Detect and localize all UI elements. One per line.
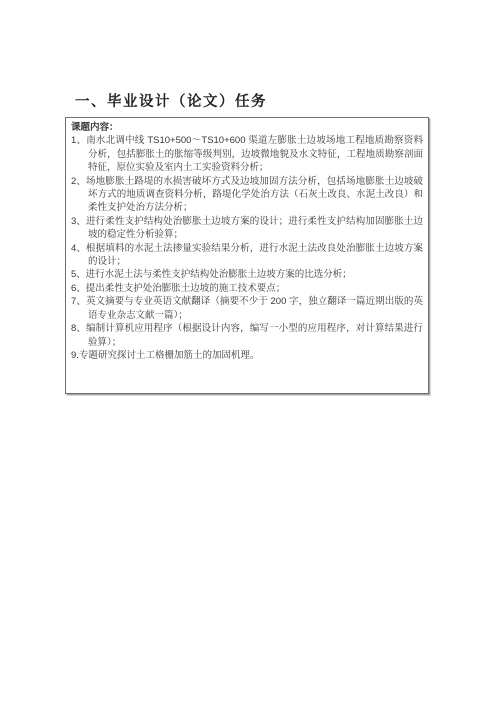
task-item-number: 4、 (71, 243, 86, 254)
task-item-text: 根据填料的水泥土法掺量实验结果分析，进行水泥土法改良处治膨胀土边坡方案的设计； (86, 243, 423, 267)
task-item-number: 8、 (71, 323, 86, 334)
task-item-8: 8、编制计算机应用程序（根据设计内容，编写一小型的应用程序，对计算结果进行验算）… (71, 322, 423, 349)
task-item-text: 专题研究探讨土工格栅加筋土的加固机理。 (79, 350, 260, 361)
task-item-5: 5、进行水泥土法与柔性支护结构处治膨胀土边坡方案的比选分析； (71, 268, 423, 281)
task-item-2: 2、场地膨胀土路堤的水损害破坏方式及边坡加固方法分析，包括场地膨胀土边坡破坏方式… (71, 175, 423, 215)
task-item-6: 6、提出柔性支护处治膨胀土边坡的施工技术要点； (71, 282, 423, 295)
section-title: 一、毕业设计（论文）任务 (75, 90, 267, 111)
task-item-text: 英文摘要与专业英语文献翻译（摘要不少于 200 字，独立翻译一篇近期出版的英语专… (86, 296, 423, 320)
task-content-box: 课题内容： 1、南水北调中线 TS10+500～TS10+600 渠道左膨胀土边… (65, 117, 429, 394)
task-item-9: 9.专题研究探讨土工格栅加筋土的加固机理。 (71, 349, 423, 362)
task-item-number: 2、 (71, 176, 86, 187)
task-item-text: 提出柔性支护处治膨胀土边坡的施工技术要点； (86, 283, 286, 294)
task-item-number: 9. (71, 350, 79, 361)
task-item-number: 3、 (71, 216, 86, 227)
task-item-3: 3、进行柔性支护结构处治膨胀土边坡方案的设计；进行柔性支护结构加固膨胀土边坡的稳… (71, 215, 423, 242)
task-item-7: 7、英文摘要与专业英语文献翻译（摘要不少于 200 字，独立翻译一篇近期出版的英… (71, 295, 423, 322)
task-item-text: 场地膨胀土路堤的水损害破坏方式及边坡加固方法分析，包括场地膨胀土边坡破坏方式的地… (86, 176, 423, 214)
task-item-text: 进行水泥土法与柔性支护结构处治膨胀土边坡方案的比选分析； (86, 269, 352, 280)
task-item-number: 7、 (71, 296, 86, 307)
task-item-1: 1、南水北调中线 TS10+500～TS10+600 渠道左膨胀土边坡场地工程地… (71, 134, 423, 174)
task-item-text: 南水北调中线 TS10+500～TS10+600 渠道左膨胀土边坡场地工程地质勘… (86, 135, 423, 173)
task-item-number: 6、 (71, 283, 86, 294)
task-item-text: 编制计算机应用程序（根据设计内容，编写一小型的应用程序，对计算结果进行验算）； (86, 323, 423, 347)
task-item-number: 1、 (71, 135, 86, 146)
box-header: 课题内容： (71, 121, 423, 134)
task-item-text: 进行柔性支护结构处治膨胀土边坡方案的设计；进行柔性支护结构加固膨胀土边坡的稳定性… (86, 216, 423, 240)
task-item-number: 5、 (71, 269, 86, 280)
document-page: 一、毕业设计（论文）任务 课题内容： 1、南水北调中线 TS10+500～TS1… (0, 0, 500, 707)
task-item-4: 4、根据填料的水泥土法掺量实验结果分析，进行水泥土法改良处治膨胀土边坡方案的设计… (71, 242, 423, 269)
